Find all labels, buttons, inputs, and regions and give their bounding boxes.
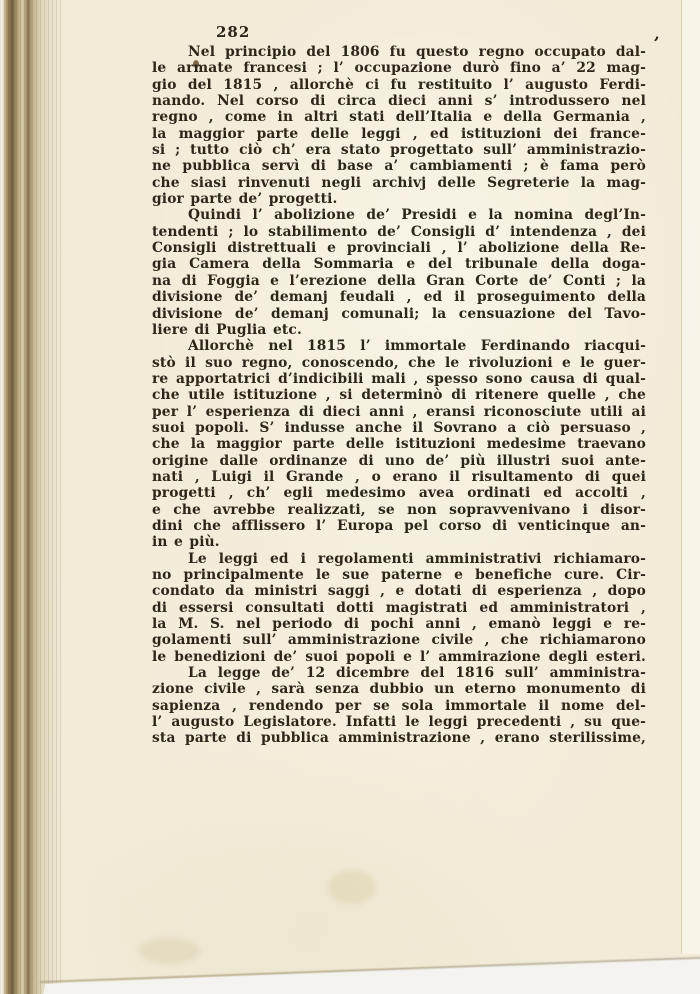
text-line: dini che afflissero l’ Europa pel corso …: [152, 518, 646, 534]
paragraph: La legge de’ 12 dicembre del 1816 sull’ …: [152, 665, 646, 747]
text-line: tendenti ; lo stabilimento de’ Consigli …: [152, 224, 646, 240]
text-line: Consigli distrettuali e provinciali , l’…: [152, 240, 646, 256]
page-paper: ’ 282 Nel principio del 1806 fu questo r…: [0, 0, 700, 994]
text-line: che siasi rinvenuti negli archivj delle …: [152, 175, 646, 191]
text-line: per l’ esperienza di dieci anni , eransi…: [152, 404, 646, 420]
scanned-book-page: ’ 282 Nel principio del 1806 fu questo r…: [0, 0, 700, 994]
text-line: Allorchè nel 1815 l’ immortale Ferdinand…: [152, 338, 646, 354]
text-line: nando. Nel corso di circa dieci anni s’ …: [152, 93, 646, 109]
text-line: regno , come in altri stati dell’Italia …: [152, 109, 646, 125]
page-number: 282: [216, 23, 250, 41]
paragraph: Allorchè nel 1815 l’ immortale Ferdinand…: [152, 338, 646, 550]
text-line: origine dalle ordinanze di uno de’ più i…: [152, 453, 646, 469]
text-line: ne pubblica servì di base a’ cambiamenti…: [152, 158, 646, 174]
text-block: Nel principio del 1806 fu questo regno o…: [152, 44, 646, 747]
paragraph: Le leggi ed i regolamenti amministrativi…: [152, 551, 646, 665]
text-line: Nel principio del 1806 fu questo regno o…: [152, 44, 646, 60]
text-line: Le leggi ed i regolamenti amministrativi…: [152, 551, 646, 567]
text-line: condato da ministri saggi , e dotati di …: [152, 583, 646, 599]
text-line: na di Foggia e l’erezione della Gran Cor…: [152, 273, 646, 289]
text-line: no principalmente le sue paterne e benef…: [152, 567, 646, 583]
text-line: divisione de’ demanj feudali , ed il pro…: [152, 289, 646, 305]
foxing-stain: [328, 870, 376, 904]
text-line: che utile istituzione , si determinò di …: [152, 387, 646, 403]
text-line: progetti , ch’ egli medesimo avea ordina…: [152, 485, 646, 501]
text-line: le armate francesi ; l’ occupazione durò…: [152, 60, 646, 76]
text-line: Quindi l’ abolizione de’ Presidi e la no…: [152, 207, 646, 223]
text-line: la maggior parte delle leggi , ed istitu…: [152, 126, 646, 142]
text-line: si ; tutto ciò ch’ era stato progettato …: [152, 142, 646, 158]
text-line: gio del 1815 , allorchè ci fu restituito…: [152, 77, 646, 93]
text-line: re apportatrici d’indicibili mali , spes…: [152, 371, 646, 387]
text-line: che la maggior parte delle istituzioni m…: [152, 436, 646, 452]
text-line: e che avrebbe realizzati, se non sopravv…: [152, 502, 646, 518]
text-line: La legge de’ 12 dicembre del 1816 sull’ …: [152, 665, 646, 681]
paragraph: Nel principio del 1806 fu questo regno o…: [152, 44, 646, 207]
ink-tick-mark: ’: [652, 34, 660, 55]
text-line: l’ augusto Legislatore. Infatti le leggi…: [152, 714, 646, 730]
text-line: gia Camera della Sommaria e del tribunal…: [152, 256, 646, 272]
text-line: gior parte de’ progetti.: [152, 191, 646, 207]
book-gutter-binding: [0, 0, 62, 994]
text-line: nati , Luigi il Grande , o erano il risu…: [152, 469, 646, 485]
text-line: zione civile , sarà senza dubbio un eter…: [152, 681, 646, 697]
foxing-stain: [138, 938, 200, 964]
text-line: suoi popoli. S’ indusse anche il Sovrano…: [152, 420, 646, 436]
text-line: in e più.: [152, 534, 646, 550]
text-line: la M. S. nel periodo di pochi anni , ema…: [152, 616, 646, 632]
text-line: sapienza , rendendo per se sola immortal…: [152, 698, 646, 714]
paragraph: Quindi l’ abolizione de’ Presidi e la no…: [152, 207, 646, 338]
scan-smudge: [588, 972, 674, 986]
text-line: sta parte di pubblica amministrazione , …: [152, 730, 646, 746]
text-line: stò il suo regno, conoscendo, che le riv…: [152, 355, 646, 371]
text-line: golamenti sull’ amministrazione civile ,…: [152, 632, 646, 648]
text-line: di essersi consultati dotti magistrati e…: [152, 600, 646, 616]
page-right-edge: [681, 0, 700, 954]
text-line: divisione de’ demanj comunali; la censua…: [152, 306, 646, 322]
text-line: le benedizioni de’ suoi popoli e l’ ammi…: [152, 649, 646, 665]
text-line: liere di Puglia etc.: [152, 322, 646, 338]
